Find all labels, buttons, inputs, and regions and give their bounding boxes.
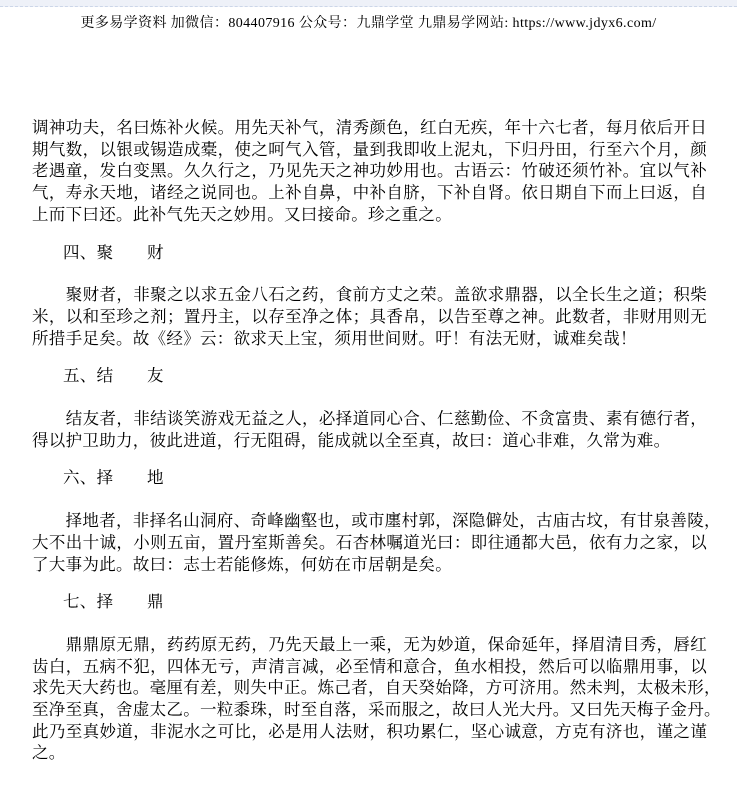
promo-header-text: 更多易学资料 加微信：804407916 公众号：九鼎学堂 九鼎易学网站: ht… [0, 12, 737, 32]
text-line: 了大事为此。故曰：志士若能修炼，何妨在市居朝是矣。 [32, 554, 707, 576]
section-heading: 六、择 地 [32, 467, 707, 489]
text-line: 气，寿永天地，诸经之说同也。上补自鼻，中补自脐，下补自肾。依日期自下而上曰返，自 [32, 182, 707, 204]
text-line: 期气数，以银或锡造成橐，使之呵气入管，量到我即收上泥丸，下归丹田，行至六个月，颜 [32, 139, 707, 161]
text-line: 调神功夫，名曰炼补火候。用先天补气，清秀颜色，红白无疾，年十六七者，每月依后开日 [32, 117, 707, 139]
section-heading: 五、结 友 [32, 365, 707, 387]
paragraph: 择地者，非择名山洞府、奇峰幽壑也，或市廛村郭，深隐僻处，古庙古坟，有甘泉善陵，大… [32, 510, 707, 575]
section-heading: 四、聚 财 [32, 242, 707, 264]
text-line: 结友者，非结谈笑游戏无益之人，必择道同心合、仁慈勤俭、不贪富贵、素有德行者， [32, 408, 707, 430]
paragraph: 聚财者，非聚之以求五金八石之药，食前方丈之荣。盖欲求鼎器，以全长生之道；积柴米，… [32, 284, 707, 349]
page-top-strip [0, 0, 737, 7]
section-heading: 七、择 鼎 [32, 591, 707, 613]
text-line: 之。 [32, 742, 707, 764]
text-line: 此乃至真妙道，非泥水之可比，必是用人法财，积功累仁，坚心诚意，方克有济也，谨之谨 [32, 721, 707, 743]
text-line: 齿白，五病不犯，四体无亏，声清言减，必至情和意合，鱼水相投，然后可以临鼎用事，以 [32, 656, 707, 678]
paragraph: 鼎鼎原无鼎，药药原无药，乃先天最上一乘，无为妙道，保命延年，择眉清目秀，唇红齿白… [32, 634, 707, 764]
paragraph: 调神功夫，名曰炼补火候。用先天补气，清秀颜色，红白无疾，年十六七者，每月依后开日… [32, 117, 707, 226]
text-line: 所措手足矣。故《经》云：欲求天上宝，须用世间财。吁！有法无财，诚难矣哉！ [32, 328, 707, 350]
text-line: 米，以和至珍之剂；置丹主，以存至净之体；具香帛，以告至尊之神。此数者，非财用则无 [32, 306, 707, 328]
text-line: 至净至真，舍虚太乙。一粒黍珠，时至自落，采而服之，故曰人光大丹。又曰先天梅子金丹… [32, 699, 707, 721]
text-line: 聚财者，非聚之以求五金八石之药，食前方丈之荣。盖欲求鼎器，以全长生之道；积柴 [32, 284, 707, 306]
text-line: 大不出十诚，小则五亩，置丹室斯善矣。石杏林嘱道光曰：即往通都大邑，依有力之家，以 [32, 532, 707, 554]
text-line: 老遇童，发白变黑。久久行之，乃见先天之神功妙用也。古语云：竹破还须竹补。宜以气补 [32, 160, 707, 182]
text-line: 求先天大药也。毫厘有差，则失中正。炼己者，自天癸始降，方可济用。然未判，太极未形… [32, 677, 707, 699]
paragraph: 结友者，非结谈笑游戏无益之人，必择道同心合、仁慈勤俭、不贪富贵、素有德行者，得以… [32, 408, 707, 451]
text-line: 鼎鼎原无鼎，药药原无药，乃先天最上一乘，无为妙道，保命延年，择眉清目秀，唇红 [32, 634, 707, 656]
text-line: 上而下曰还。此补气先天之妙用。又曰接命。珍之重之。 [32, 204, 707, 226]
text-line: 得以护卫助力，彼此进道，行无阻碍，能成就以全至真，故曰：道心非难，久常为难。 [32, 430, 707, 452]
document-body: 调神功夫，名曰炼补火候。用先天补气，清秀颜色，红白无疾，年十六七者，每月依后开日… [32, 117, 707, 764]
text-line: 择地者，非择名山洞府、奇峰幽壑也，或市廛村郭，深隐僻处，古庙古坟，有甘泉善陵， [32, 510, 707, 532]
